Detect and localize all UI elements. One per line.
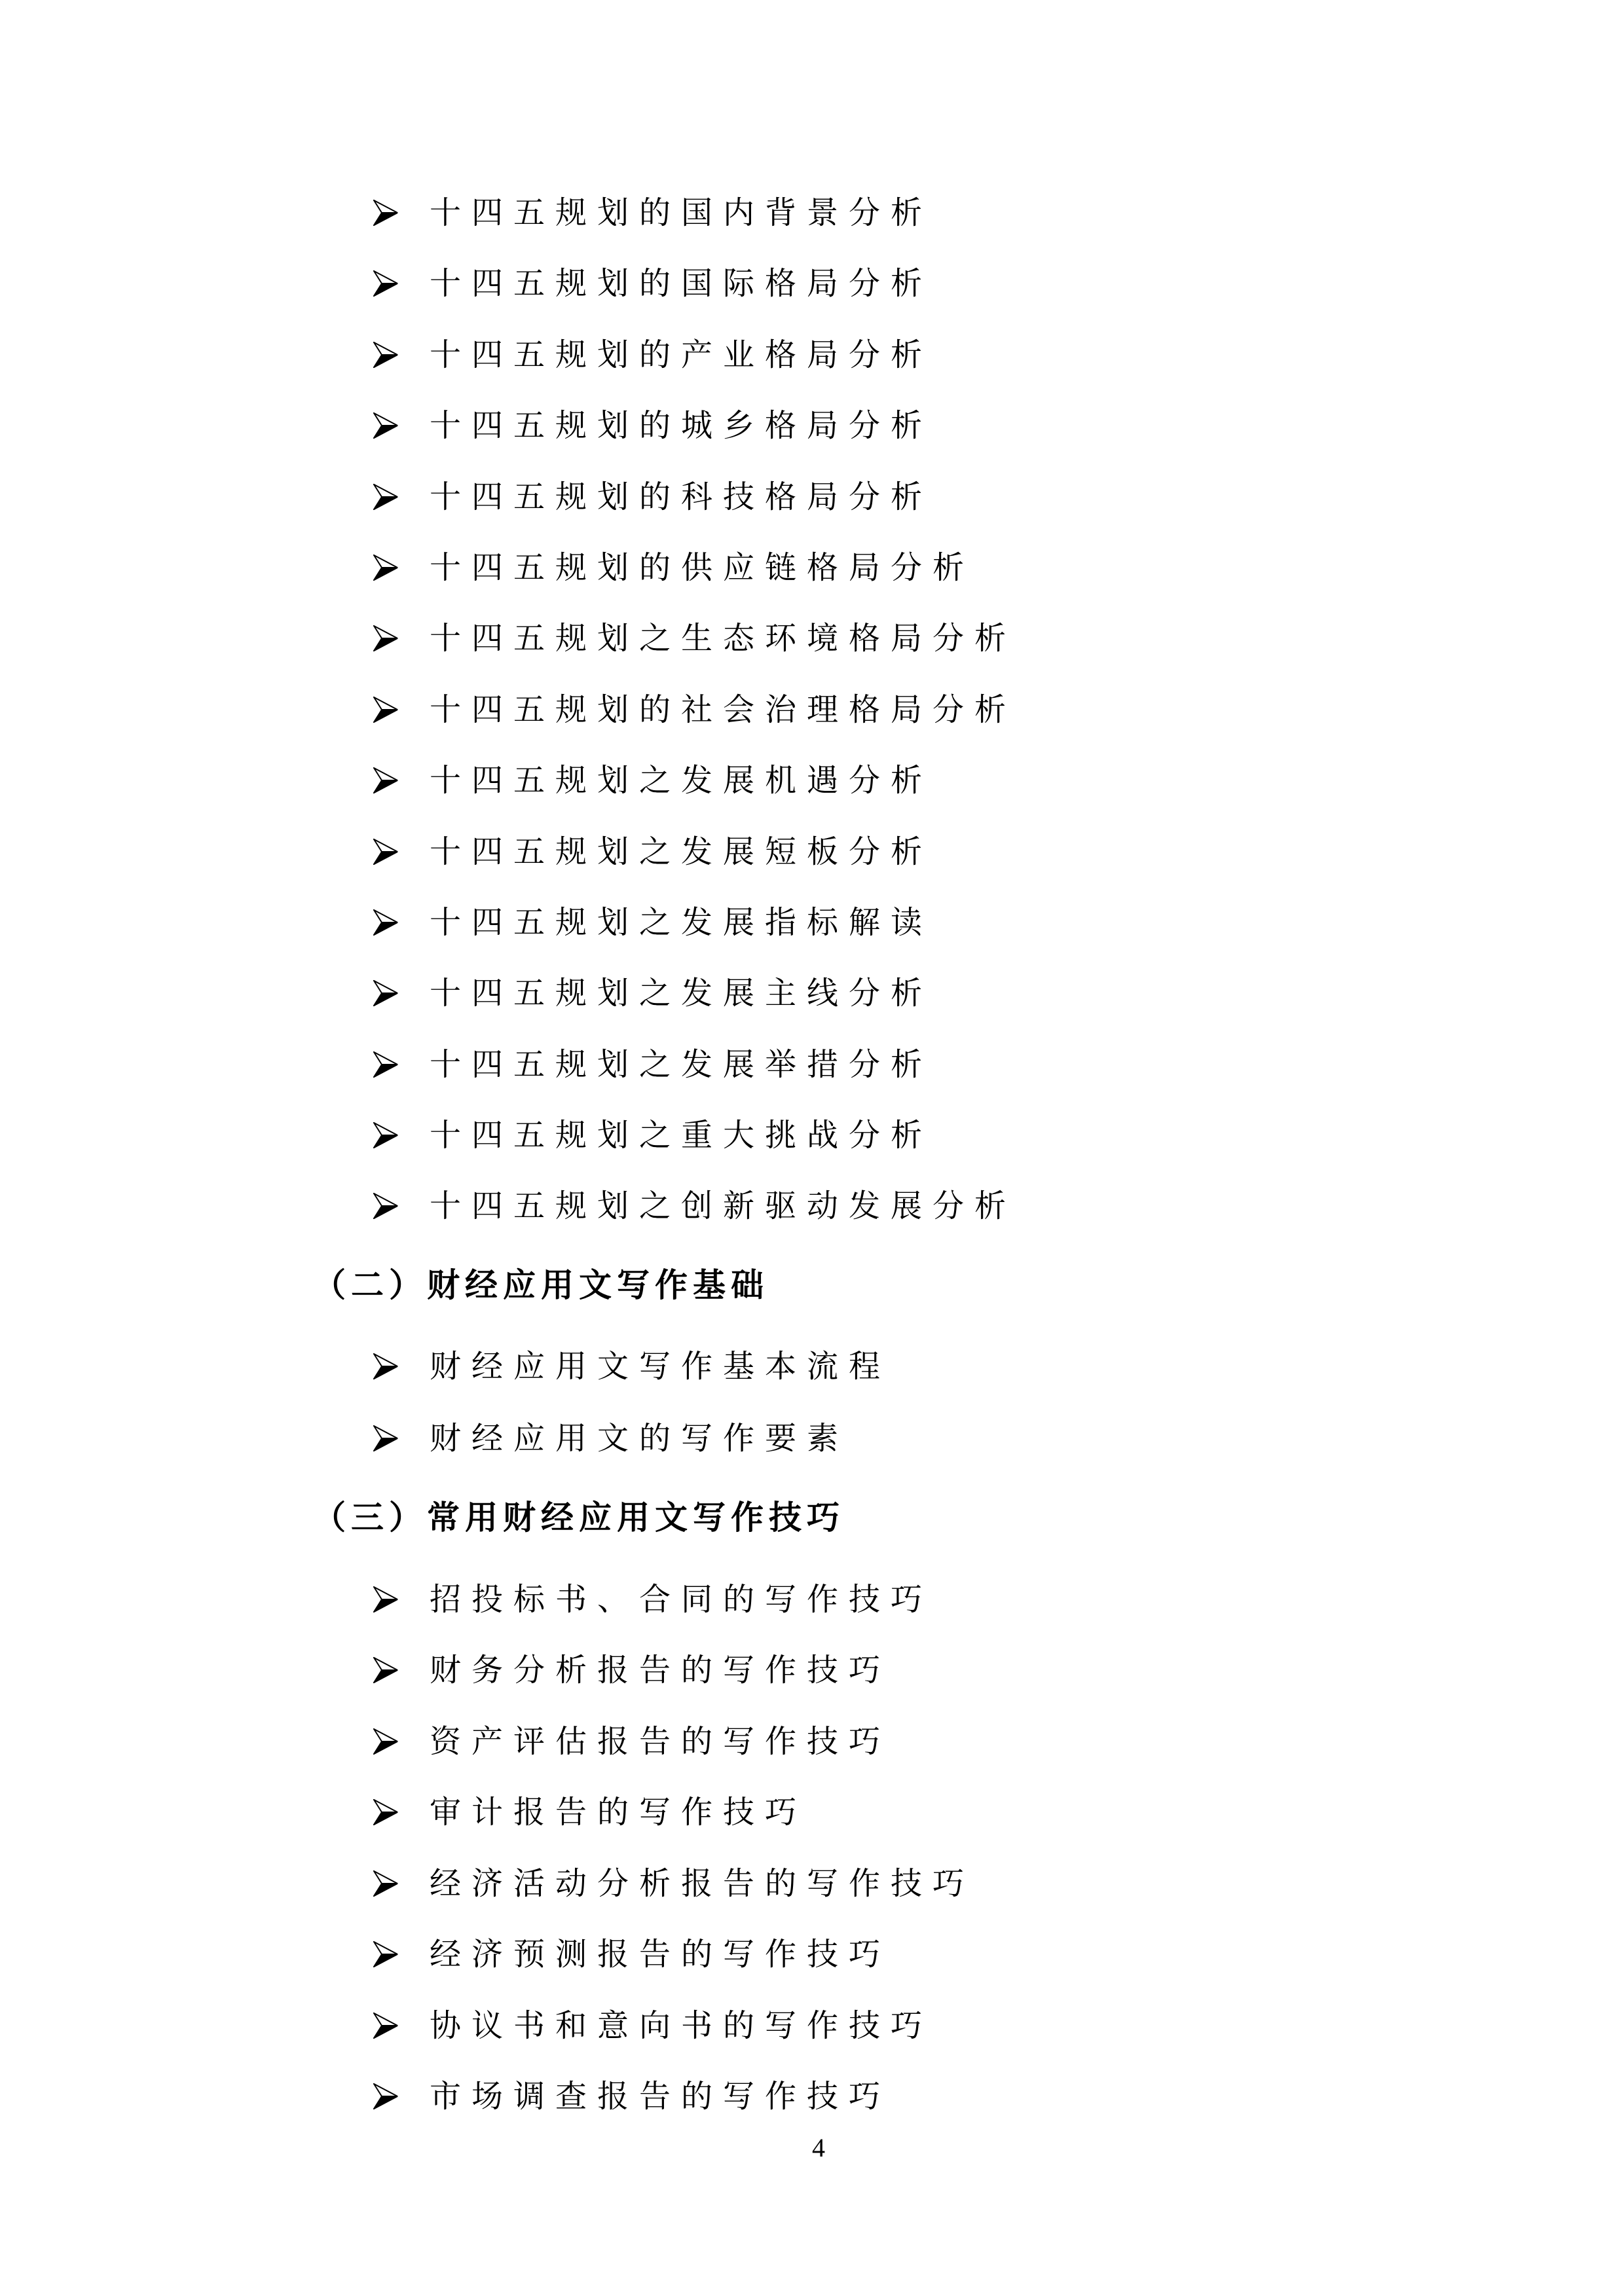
list-item-text: 十四五规划的科技格局分析 [430,471,932,523]
list-item-text: 十四五规划之创新驱动发展分析 [430,1180,1016,1232]
arrow-bullet-icon [373,625,398,651]
list-item-text: 十四五规划的国际格局分析 [430,257,932,310]
arrow-bullet-icon [373,200,398,226]
arrow-bullet-icon [373,270,398,297]
list-item-text: 招投标书、合同的写作技巧 [430,1573,932,1626]
list-item-text: 十四五规划之发展举措分析 [430,1038,932,1091]
list-item-text: 十四五规划之发展主线分析 [430,967,932,1019]
list-item-text: 十四五规划之重大挑战分析 [430,1109,932,1161]
arrow-bullet-icon [373,2013,398,2039]
arrow-bullet-icon [373,1586,398,1613]
arrow-bullet-icon [373,1353,398,1379]
list-item-text: 经济预测报告的写作技巧 [430,1928,891,1980]
list-item-text: 协议书和意向书的写作技巧 [430,1999,932,2052]
arrow-bullet-icon [373,980,398,1006]
list-item-text: 十四五规划之发展机遇分析 [430,754,932,807]
list-item-text: 财经应用文的写作要素 [430,1412,849,1465]
list-item-text: 十四五规划的城乡格局分析 [430,399,932,452]
section-heading-text: （三）常用财经应用文写作技巧 [313,1491,845,1544]
section-heading-text: （二）财经应用文写作基础 [313,1259,769,1311]
arrow-bullet-icon [373,1870,398,1897]
arrow-bullet-icon [373,2083,398,2109]
arrow-bullet-icon [373,1122,398,1148]
arrow-bullet-icon [373,1941,398,1967]
arrow-bullet-icon [373,1728,398,1755]
list-item-text: 十四五规划之发展指标解读 [430,896,932,949]
list-item-text: 十四五规划之生态环境格局分析 [430,612,1016,665]
arrow-bullet-icon [373,484,398,510]
page-number: 4 [805,2132,832,2164]
list-item-text: 审计报告的写作技巧 [430,1786,807,1838]
list-item-text: 市场调查报告的写作技巧 [430,2070,891,2123]
arrow-bullet-icon [373,839,398,865]
arrow-bullet-icon [373,1799,398,1825]
arrow-bullet-icon [373,1425,398,1451]
arrow-bullet-icon [373,555,398,581]
arrow-bullet-icon [373,767,398,793]
arrow-bullet-icon [373,412,398,439]
list-item-text: 财经应用文写作基本流程 [430,1340,891,1393]
list-item-text: 十四五规划的供应链格局分析 [430,541,974,594]
arrow-bullet-icon [373,697,398,723]
arrow-bullet-icon [373,342,398,368]
document-page: 十四五规划的国内背景分析 十四五规划的国际格局分析 十四五规划的产业格局分析 十… [0,0,1624,2296]
list-item-text: 十四五规划的国内背景分析 [430,187,932,239]
list-item-text: 资产评估报告的写作技巧 [430,1715,891,1768]
list-item-text: 财务分析报告的写作技巧 [430,1644,891,1696]
arrow-bullet-icon [373,1657,398,1683]
list-item-text: 十四五规划的产业格局分析 [430,329,932,381]
arrow-bullet-icon [373,909,398,936]
list-item-text: 十四五规划之发展短板分析 [430,826,932,878]
list-item-text: 经济活动分析报告的写作技巧 [430,1857,974,1910]
arrow-bullet-icon [373,1051,398,1078]
arrow-bullet-icon [373,1193,398,1219]
list-item-text: 十四五规划的社会治理格局分析 [430,683,1016,736]
